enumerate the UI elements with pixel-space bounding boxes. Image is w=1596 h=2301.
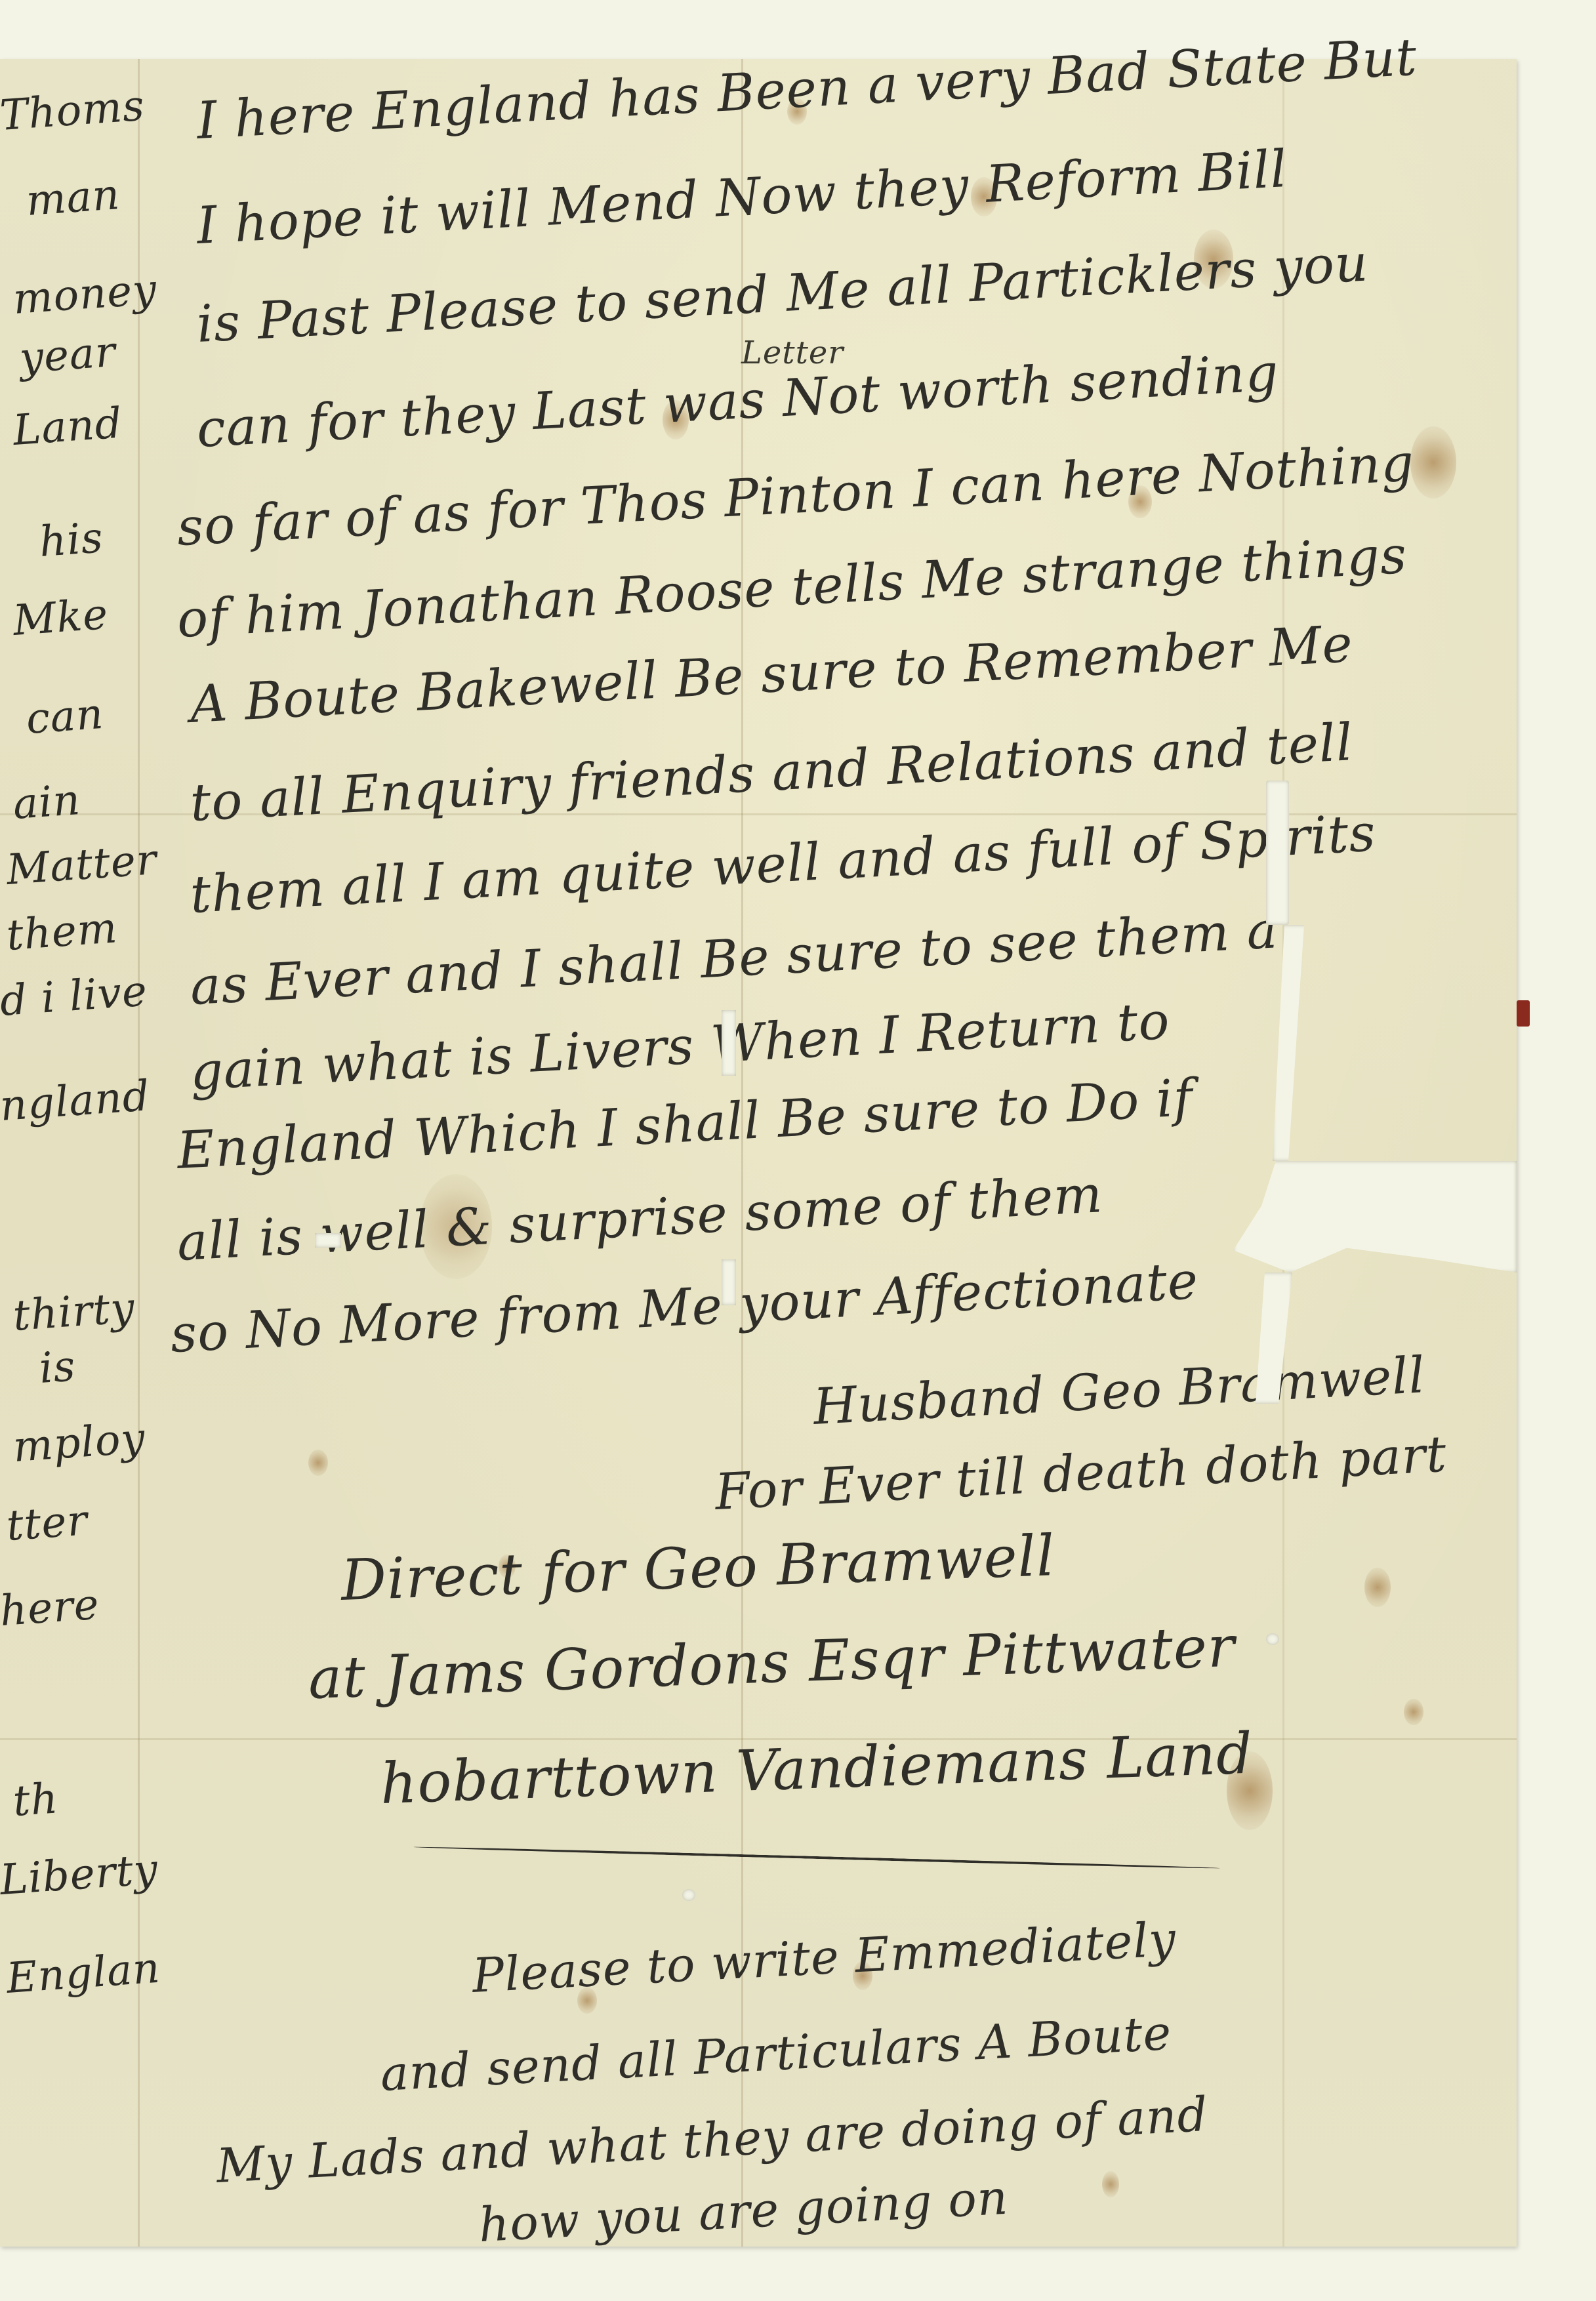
flourish-divider (413, 1846, 1220, 1869)
fragment-word: his (37, 514, 104, 567)
fragment-word: Thoms (0, 82, 146, 140)
fragment-word: d i live (0, 967, 149, 1026)
fragment-word: is (37, 1342, 77, 1393)
fragment-word: mploy (11, 1414, 146, 1472)
address-line: at Jams Gordons Esqr Pittwater (307, 1614, 1236, 1712)
foxing-spot (308, 1450, 328, 1476)
address-line: Direct for Geo Bramwell (340, 1523, 1056, 1614)
foxing-spot (1364, 1568, 1391, 1607)
fragment-word: ngland (0, 1072, 152, 1131)
fragment-word: thirty (11, 1284, 136, 1341)
wax-seal-remnant (1517, 1000, 1530, 1027)
letter-line: so No More from Me your Affectionate (169, 1252, 1200, 1364)
letter-line: I here England has Been a very Bad State… (195, 28, 1419, 151)
fragment-word: tter (5, 1496, 89, 1550)
fragment-word: Land (11, 399, 124, 455)
fragment-word: year (18, 328, 117, 383)
fragment-word: here (0, 1581, 101, 1636)
fragment-word: th (11, 1774, 60, 1826)
signature-closing: For Ever till death doth part (714, 1425, 1448, 1521)
foxing-spot (1410, 426, 1456, 499)
foxing-spot (1102, 2171, 1119, 2197)
letter-line: can for they Last was Not worth sending (195, 344, 1280, 459)
fragment-word: them (5, 904, 119, 960)
fragment-word: ain (11, 776, 82, 829)
postscript-line: Please to write Emmediately (471, 1911, 1177, 2003)
fragment-word: man (24, 171, 121, 226)
letter-paper: Thoms man money year Land his Mke can ai… (0, 59, 1517, 2247)
fragment-word: Mke (11, 590, 110, 645)
hole-damage (1266, 1633, 1279, 1645)
interlinear-insert: Letter (741, 335, 844, 371)
hole-damage (722, 1010, 736, 1076)
fragment-word: can (24, 690, 105, 744)
address-line: hobarttown Vandiemans Land (379, 1721, 1254, 1817)
letter-line: all is well & surprise some of them (176, 1165, 1105, 1273)
tear-slit (1273, 925, 1312, 1161)
fragment-word: Liberty (0, 1845, 159, 1905)
hole-damage (315, 1233, 341, 1248)
fragment-word: Matter (5, 836, 158, 895)
postscript-line: My Lads and what they are doing of and (215, 2087, 1210, 2193)
tear-slit (1266, 781, 1289, 925)
hole-damage (682, 1889, 695, 1901)
torn-corner (1233, 1161, 1517, 1273)
fold-line-left (138, 59, 140, 2247)
fragment-word: money (11, 266, 158, 324)
postscript-line: how you are going on (478, 2170, 1010, 2252)
hole-damage (722, 1259, 736, 1305)
postscript-line: and send all Particulars A Boute (379, 2005, 1173, 2102)
foxing-spot (1404, 1699, 1423, 1725)
signature-name: Husband Geo Bramwell (812, 1345, 1427, 1436)
